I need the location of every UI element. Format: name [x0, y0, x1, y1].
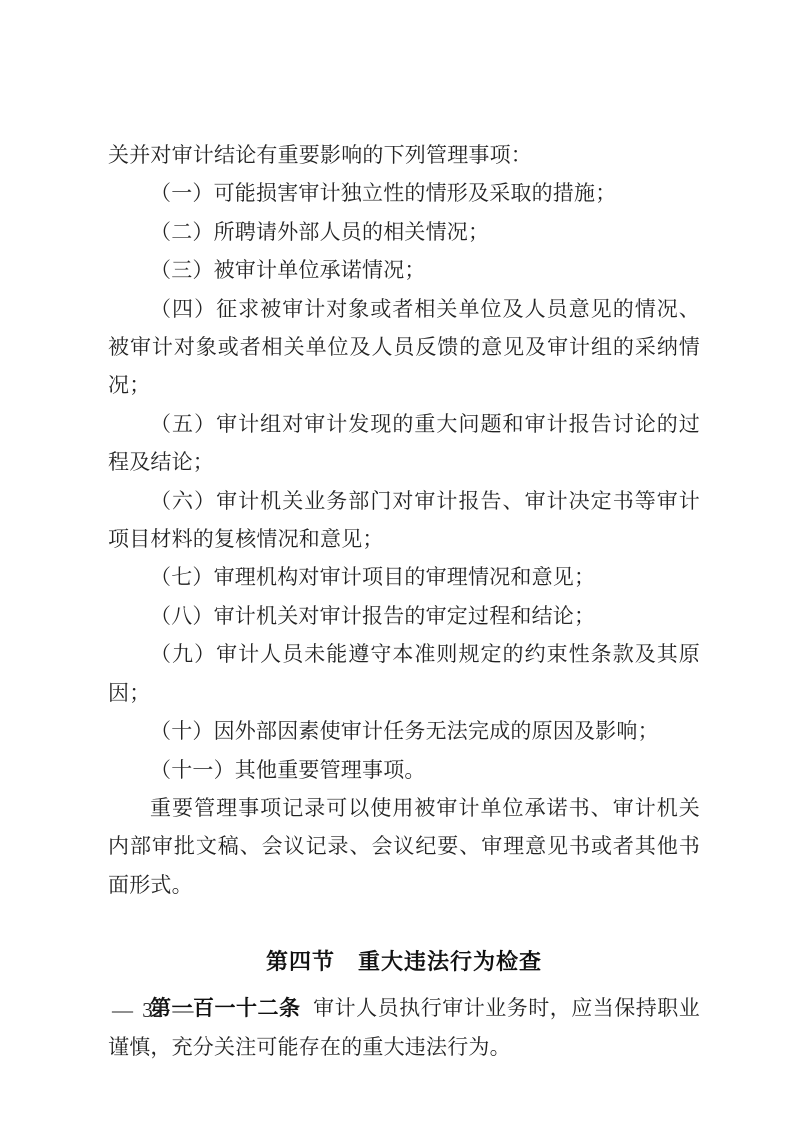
- list-item-11: （十一）其他重要管理事项。: [108, 751, 700, 789]
- list-item-7: （七）审理机构对审计项目的审理情况和意见；: [108, 558, 700, 596]
- list-item-1: （一）可能损害审计独立性的情形及采取的措施；: [108, 174, 700, 212]
- list-item-5: （五）审计组对审计发现的重大问题和审计报告讨论的过程及结论；: [108, 405, 700, 482]
- article-paragraph: 第一百一十二条审计人员执行审计业务时，应当保持职业谨慎，充分关注可能存在的重大违…: [108, 989, 700, 1067]
- page-number: — 32 —: [112, 998, 194, 1022]
- paragraph-continuation: 关并对审计结论有重要影响的下列管理事项：: [108, 136, 700, 174]
- list-item-9: （九）审计人员未能遵守本准则规定的约束性条款及其原因；: [108, 635, 700, 712]
- list-item-10: （十）因外部因素使审计任务无法完成的原因及影响；: [108, 712, 700, 750]
- list-item-2: （二）所聘请外部人员的相关情况；: [108, 213, 700, 251]
- document-body: 关并对审计结论有重要影响的下列管理事项：（一）可能损害审计独立性的情形及采取的措…: [108, 136, 700, 904]
- section-heading: 第四节 重大违法行为检查: [108, 943, 700, 981]
- paragraph-closing: 重要管理事项记录可以使用被审计单位承诺书、审计机关内部审批文稿、会议记录、会议纪…: [108, 789, 700, 904]
- list-item-8: （八）审计机关对审计报告的审定过程和结论；: [108, 597, 700, 635]
- page-footer: — 32 —: [112, 997, 194, 1023]
- document-page: 关并对审计结论有重要影响的下列管理事项：（一）可能损害审计独立性的情形及采取的措…: [0, 0, 793, 1122]
- document-text-block: 关并对审计结论有重要影响的下列管理事项：（一）可能损害审计独立性的情形及采取的措…: [108, 136, 700, 1066]
- list-item-4: （四）征求被审计对象或者相关单位及人员意见的情况、被审计对象或者相关单位及人员反…: [108, 290, 700, 405]
- list-item-3: （三）被审计单位承诺情况；: [108, 251, 700, 289]
- list-item-6: （六）审计机关业务部门对审计报告、审计决定书等审计项目材料的复核情况和意见；: [108, 482, 700, 559]
